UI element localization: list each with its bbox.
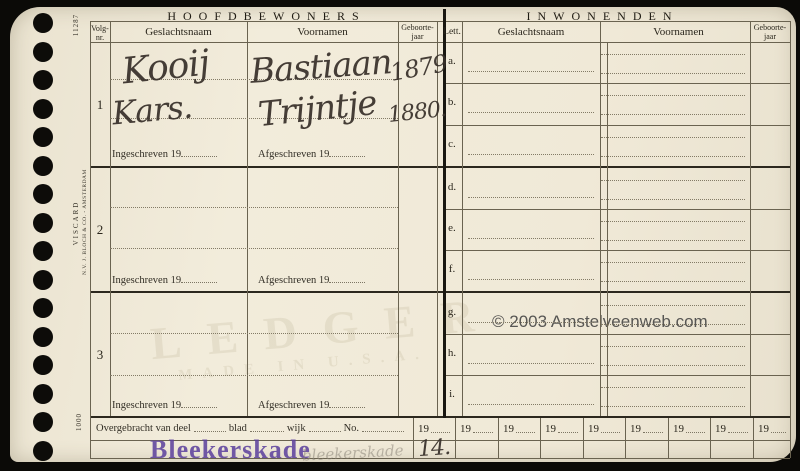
letter-row-rule — [446, 125, 790, 126]
write-line — [601, 137, 745, 138]
wijk-label: wijk — [287, 423, 306, 434]
write-line — [601, 387, 745, 388]
block-rule — [90, 166, 790, 168]
write-line — [110, 375, 398, 376]
write-line — [601, 199, 745, 200]
column-divider — [607, 42, 608, 416]
write-line — [468, 71, 594, 72]
ingeschreven-label: Ingeschreven 19 — [112, 147, 217, 160]
brand-name: VISCARD — [72, 198, 80, 248]
column-divider — [247, 21, 248, 416]
year-cell: 19 — [588, 423, 620, 435]
year-col-divider — [540, 418, 541, 458]
header-volgnr: Volg- nr. — [90, 24, 110, 42]
column-divider — [437, 21, 438, 416]
handwritten-surname-2: Kars. — [110, 88, 193, 133]
write-line — [601, 262, 745, 263]
serial-number-top: 11287 — [72, 10, 80, 40]
punch-hole — [33, 184, 53, 204]
write-line — [468, 197, 594, 198]
write-line — [110, 333, 398, 334]
write-line — [601, 406, 745, 407]
letter-row-rule — [446, 334, 790, 335]
letter-row-i: i. — [444, 388, 460, 400]
no-label: No. — [344, 423, 359, 434]
volgnr-divider — [110, 21, 111, 416]
handwritten-firstname-2: Trijntje — [256, 83, 378, 135]
punch-hole — [33, 213, 53, 233]
year-col-divider — [710, 418, 711, 458]
punch-hole — [33, 127, 53, 147]
year-cell: 19 — [715, 423, 748, 435]
punch-hole — [33, 99, 53, 119]
write-line — [468, 322, 594, 323]
handwritten-surname-1: Kooij — [120, 43, 211, 93]
card-paper: 11287 VISCARD N.V. J. BLOCH & CO. - AMST… — [10, 7, 796, 462]
year-cell: 19 — [460, 423, 493, 435]
year-cell: 19 — [418, 423, 450, 435]
punch-hole — [33, 13, 53, 33]
write-line — [468, 363, 594, 364]
section-title-hoofdbewoners: HOOFDBEWONERS — [90, 9, 443, 24]
write-line — [468, 112, 594, 113]
block-rule — [90, 291, 790, 293]
scanned-register-card: 11287 VISCARD N.V. J. BLOCH & CO. - AMST… — [0, 0, 800, 471]
table-left-border — [90, 21, 91, 458]
write-line — [110, 207, 398, 208]
write-line — [601, 221, 745, 222]
write-line — [601, 156, 745, 157]
year-col-divider — [753, 418, 754, 458]
letter-row-f: f. — [444, 263, 460, 275]
year-col-divider — [583, 418, 584, 458]
afgeschreven-label: Afgeschreven 19 — [258, 398, 365, 411]
table-right-border — [790, 21, 791, 458]
write-line — [601, 324, 745, 325]
ingeschreven-label: Ingeschreven 19 — [112, 273, 217, 286]
letter-row-c: c. — [444, 138, 460, 150]
write-line — [601, 365, 745, 366]
blad-label: blad — [229, 423, 247, 434]
brand-maker: N.V. J. BLOCH & CO. - AMSTERDAM — [82, 162, 88, 282]
column-divider — [600, 21, 601, 416]
pencil-note: bleekerskade — [302, 441, 404, 464]
letter-row-b: b. — [444, 96, 460, 108]
punch-hole — [33, 42, 53, 62]
header-voornamen-right: Voornamen — [607, 26, 750, 38]
letter-row-rule — [446, 375, 790, 376]
year-cell: 19 — [545, 423, 578, 435]
write-line — [601, 240, 745, 241]
write-line — [601, 346, 745, 347]
transfer-line: Overgebracht van deel blad wijk No. — [96, 422, 410, 434]
row-number-1: 1 — [92, 97, 108, 113]
write-line — [110, 248, 398, 249]
write-line — [601, 73, 745, 74]
letter-row-g: g. — [444, 306, 460, 318]
write-line — [601, 281, 745, 282]
write-line — [601, 95, 745, 96]
letter-row-rule — [446, 209, 790, 210]
write-line — [468, 154, 594, 155]
handwritten-year-2: 1880. — [387, 97, 447, 128]
letter-row-e: e. — [444, 222, 460, 234]
header-geslachtsnaam-right: Geslachtsnaam — [462, 26, 600, 38]
ingeschreven-label: Ingeschreven 19 — [112, 398, 217, 411]
year-cell: 19 — [673, 423, 705, 435]
punch-hole — [33, 355, 53, 375]
year-col-divider — [413, 418, 414, 458]
write-line — [601, 305, 745, 306]
street-stamp: Bleekerskade — [150, 435, 311, 465]
header-geboortejaar-right: Geboorte- jaar — [750, 23, 790, 41]
header-geboortejaar-left: Geboorte- jaar — [398, 23, 437, 41]
write-line — [468, 238, 594, 239]
punch-hole — [33, 270, 53, 290]
write-line — [601, 114, 745, 115]
afgeschreven-label: Afgeschreven 19 — [258, 147, 365, 160]
serial-number-bottom: 1000 — [75, 413, 83, 431]
header-geslachtsnaam-left: Geslachtsnaam — [110, 26, 247, 38]
header-lett: Lett. — [441, 27, 463, 37]
row-number-2: 2 — [92, 222, 108, 238]
punch-hole — [33, 156, 53, 176]
write-line — [601, 54, 745, 55]
column-divider — [462, 21, 463, 416]
punch-hole — [33, 241, 53, 261]
letter-row-rule — [446, 83, 790, 84]
punch-hole — [33, 384, 53, 404]
year-cell: 19 — [630, 423, 663, 435]
row-number-3: 3 — [92, 347, 108, 363]
year-cell: 19 — [758, 423, 786, 435]
write-line — [468, 279, 594, 280]
column-divider — [750, 21, 751, 416]
punch-hole — [33, 298, 53, 318]
header-voornamen-left: Voornamen — [247, 26, 398, 38]
letter-row-rule — [446, 250, 790, 251]
punch-hole — [33, 70, 53, 90]
letter-row-h: h. — [444, 347, 460, 359]
punch-hole — [33, 441, 53, 461]
year-cell: 19 — [503, 423, 535, 435]
letter-row-d: d. — [444, 181, 460, 193]
write-line — [468, 404, 594, 405]
year-col-divider — [498, 418, 499, 458]
section-title-inwonenden: INWONENDEN — [430, 9, 775, 24]
afgeschreven-label: Afgeschreven 19 — [258, 273, 365, 286]
year-col-divider — [625, 418, 626, 458]
year-col-divider — [668, 418, 669, 458]
punch-hole — [33, 412, 53, 432]
handwritten-house-number: 14. — [417, 435, 451, 462]
write-line — [601, 180, 745, 181]
year-col-divider — [455, 418, 456, 458]
block-rule — [90, 416, 790, 418]
letter-row-a: a. — [444, 55, 460, 67]
transfer-label: Overgebracht van deel — [96, 423, 191, 434]
punch-hole — [33, 327, 53, 347]
